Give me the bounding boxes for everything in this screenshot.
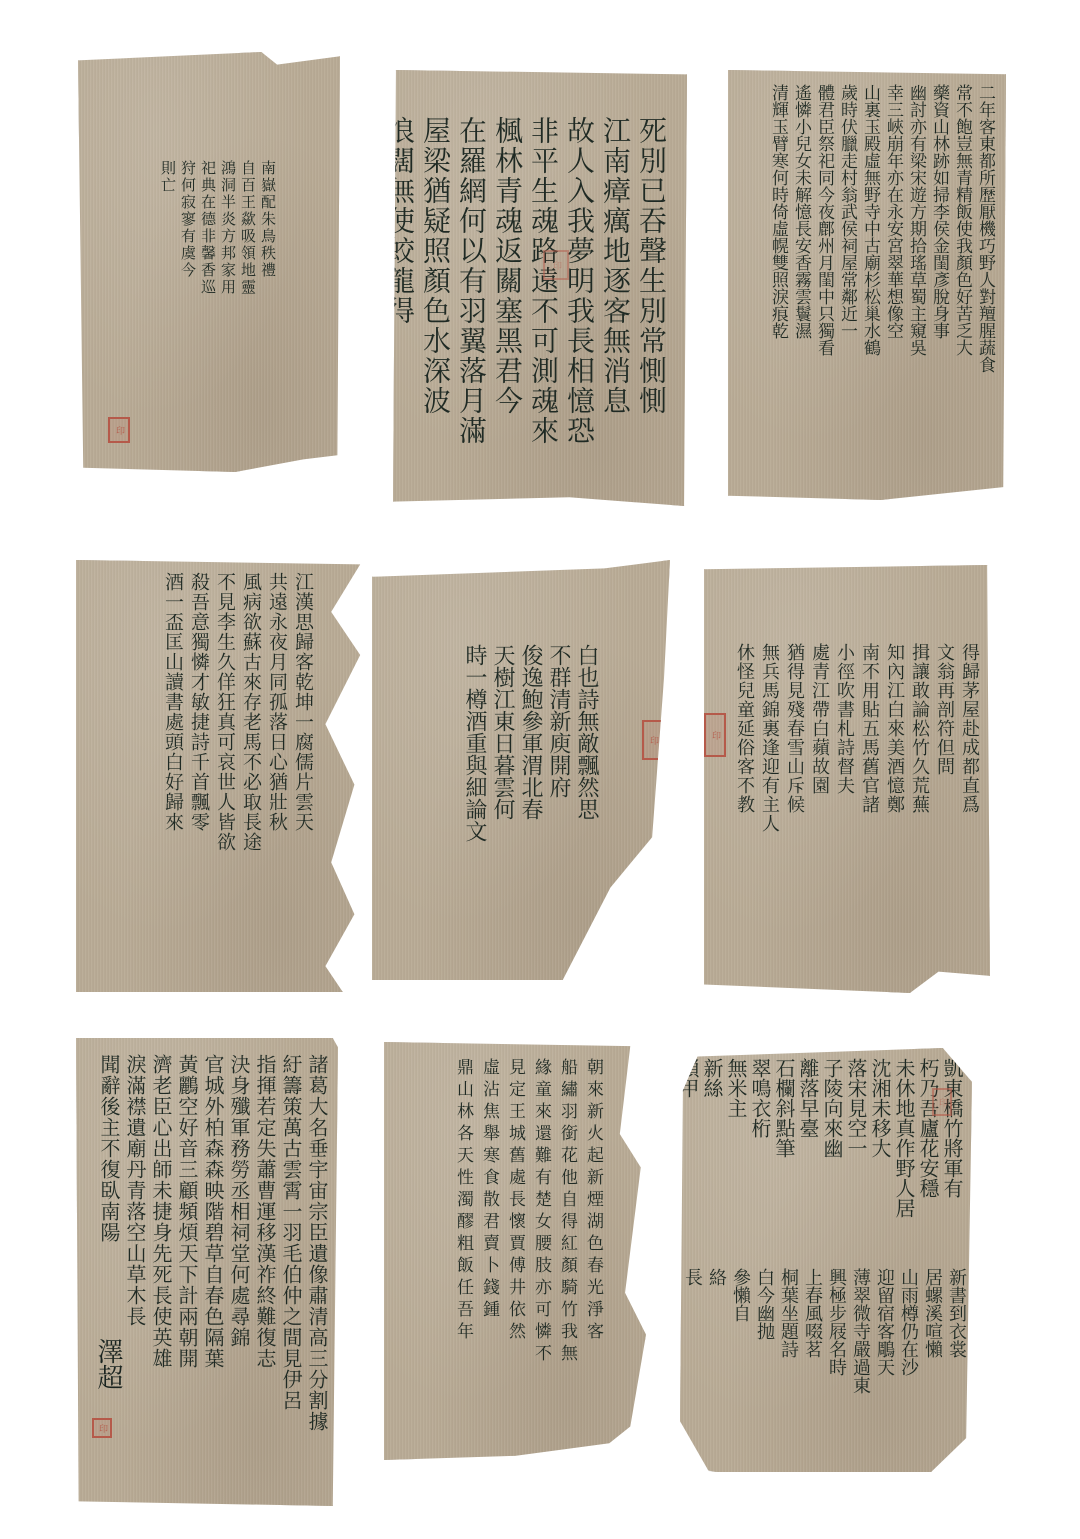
seal-stamp: 印 xyxy=(642,720,664,760)
sheet-9-text-lower: 新書到衣裳 居螺溪喧懶 山雨樽仍在沙 迎留宿客鵰天 薄翠微寺嚴過東 興極步屐名時… xyxy=(656,1268,968,1394)
calligraphy-sheet-4: 江漢思歸客乾坤一腐儒片雲天 共遠永夜月同孤落日心猶壯秋 風病欲蘇古來存老馬不必取… xyxy=(76,560,366,992)
calligraphy-sheet-1: 南嶽配朱鳥秩禮 自百王歘吸領地靈 鴻洞半炎方邦家用 祀典在德非馨香巡 狩何寂寥有… xyxy=(78,52,340,472)
calligraphy-sheet-9: 凱東橋竹將軍有 朽乃吾廬花安穩 未休地真作野人居 沈湘未移大 落宋見空一 子陵向… xyxy=(680,1048,972,1472)
calligraphy-sheet-2: 死別已吞聲生別常惻惻 江南瘴癘地逐客無消息 故人入我夢明我長相憶恐 非平生魂路遠… xyxy=(393,70,687,506)
calligraphy-sheet-3: 二年客東都所歷厭機巧野人對羶腥蔬食 常不飽豈無青精飯使我顏色好苦乏大 藥資山林跡… xyxy=(728,70,1006,500)
calligraphy-sheet-8: 朝來新火起新煙湖色春光淨客 船繡羽銜花他自得紅顏騎竹我無 緣童來還難有楚女腰肢亦… xyxy=(384,1042,646,1460)
seal-stamp: 印 xyxy=(932,1088,952,1116)
sheet-2-text: 死別已吞聲生別常惻惻 江南瘴癘地逐客無消息 故人入我夢明我長相憶恐 非平生魂路遠… xyxy=(381,116,669,446)
calligraphy-sheet-7: 諸葛大名垂宇宙宗臣遺像肅清高三分割據 紆籌策萬古雲霄一羽毛伯仲之間見伊呂 指揮若… xyxy=(76,1038,338,1506)
sheet-5-text: 白也詩無敵飄然思 不群清新庾開府 俊逸鮑參軍渭北春 天樹江東日暮雲何 時一樽酒重… xyxy=(460,644,600,842)
sheet-4-text: 江漢思歸客乾坤一腐儒片雲天 共遠永夜月同孤落日心猶壯秋 風病欲蘇古來存老馬不必取… xyxy=(160,572,316,852)
sheet-8-text: 朝來新火起新煙湖色春光淨客 船繡羽銜花他自得紅顏騎竹我無 緣童來還難有楚女腰肢亦… xyxy=(450,1058,606,1366)
sheet-7-text: 諸葛大名垂宇宙宗臣遺像肅清高三分割據 紆籌策萬古雲霄一羽毛伯仲之間見伊呂 指揮若… xyxy=(96,1054,330,1432)
seal-stamp: 印 xyxy=(108,417,130,443)
calligraphy-sheet-5: 白也詩無敵飄然思 不群清新庾開府 俊逸鮑參軍渭北春 天樹江東日暮雲何 時一樽酒重… xyxy=(372,560,670,980)
sheet-6-text: 得歸茅屋赴成都直爲 文翁再剖符但問 揖讓敢論松竹久荒蕪 知內江白來美酒憶鄭 南不… xyxy=(732,643,982,833)
seal-stamp: 印 xyxy=(92,1418,112,1438)
sheet-9-text-upper: 凱東橋竹將軍有 朽乃吾廬花安穩 未休地真作野人居 沈湘未移大 落宋見空一 子陵向… xyxy=(676,1058,964,1218)
sheet-1-text: 南嶽配朱鳥秩禮 自百王歘吸領地靈 鴻洞半炎方邦家用 祀典在德非馨香巡 狩何寂寥有… xyxy=(158,160,278,296)
sheet-3-text: 二年客東都所歷厭機巧野人對羶腥蔬食 常不飽豈無青精飯使我顏色好苦乏大 藥資山林跡… xyxy=(766,84,996,373)
seal-stamp: 印 xyxy=(704,713,726,757)
artist-signature: 澤超 xyxy=(90,1338,127,1390)
calligraphy-sheet-6: 得歸茅屋赴成都直爲 文翁再剖符但問 揖讓敢論松竹久荒蕪 知內江白來美酒憶鄭 南不… xyxy=(704,565,990,993)
seal-stamp: 印 xyxy=(543,250,569,280)
